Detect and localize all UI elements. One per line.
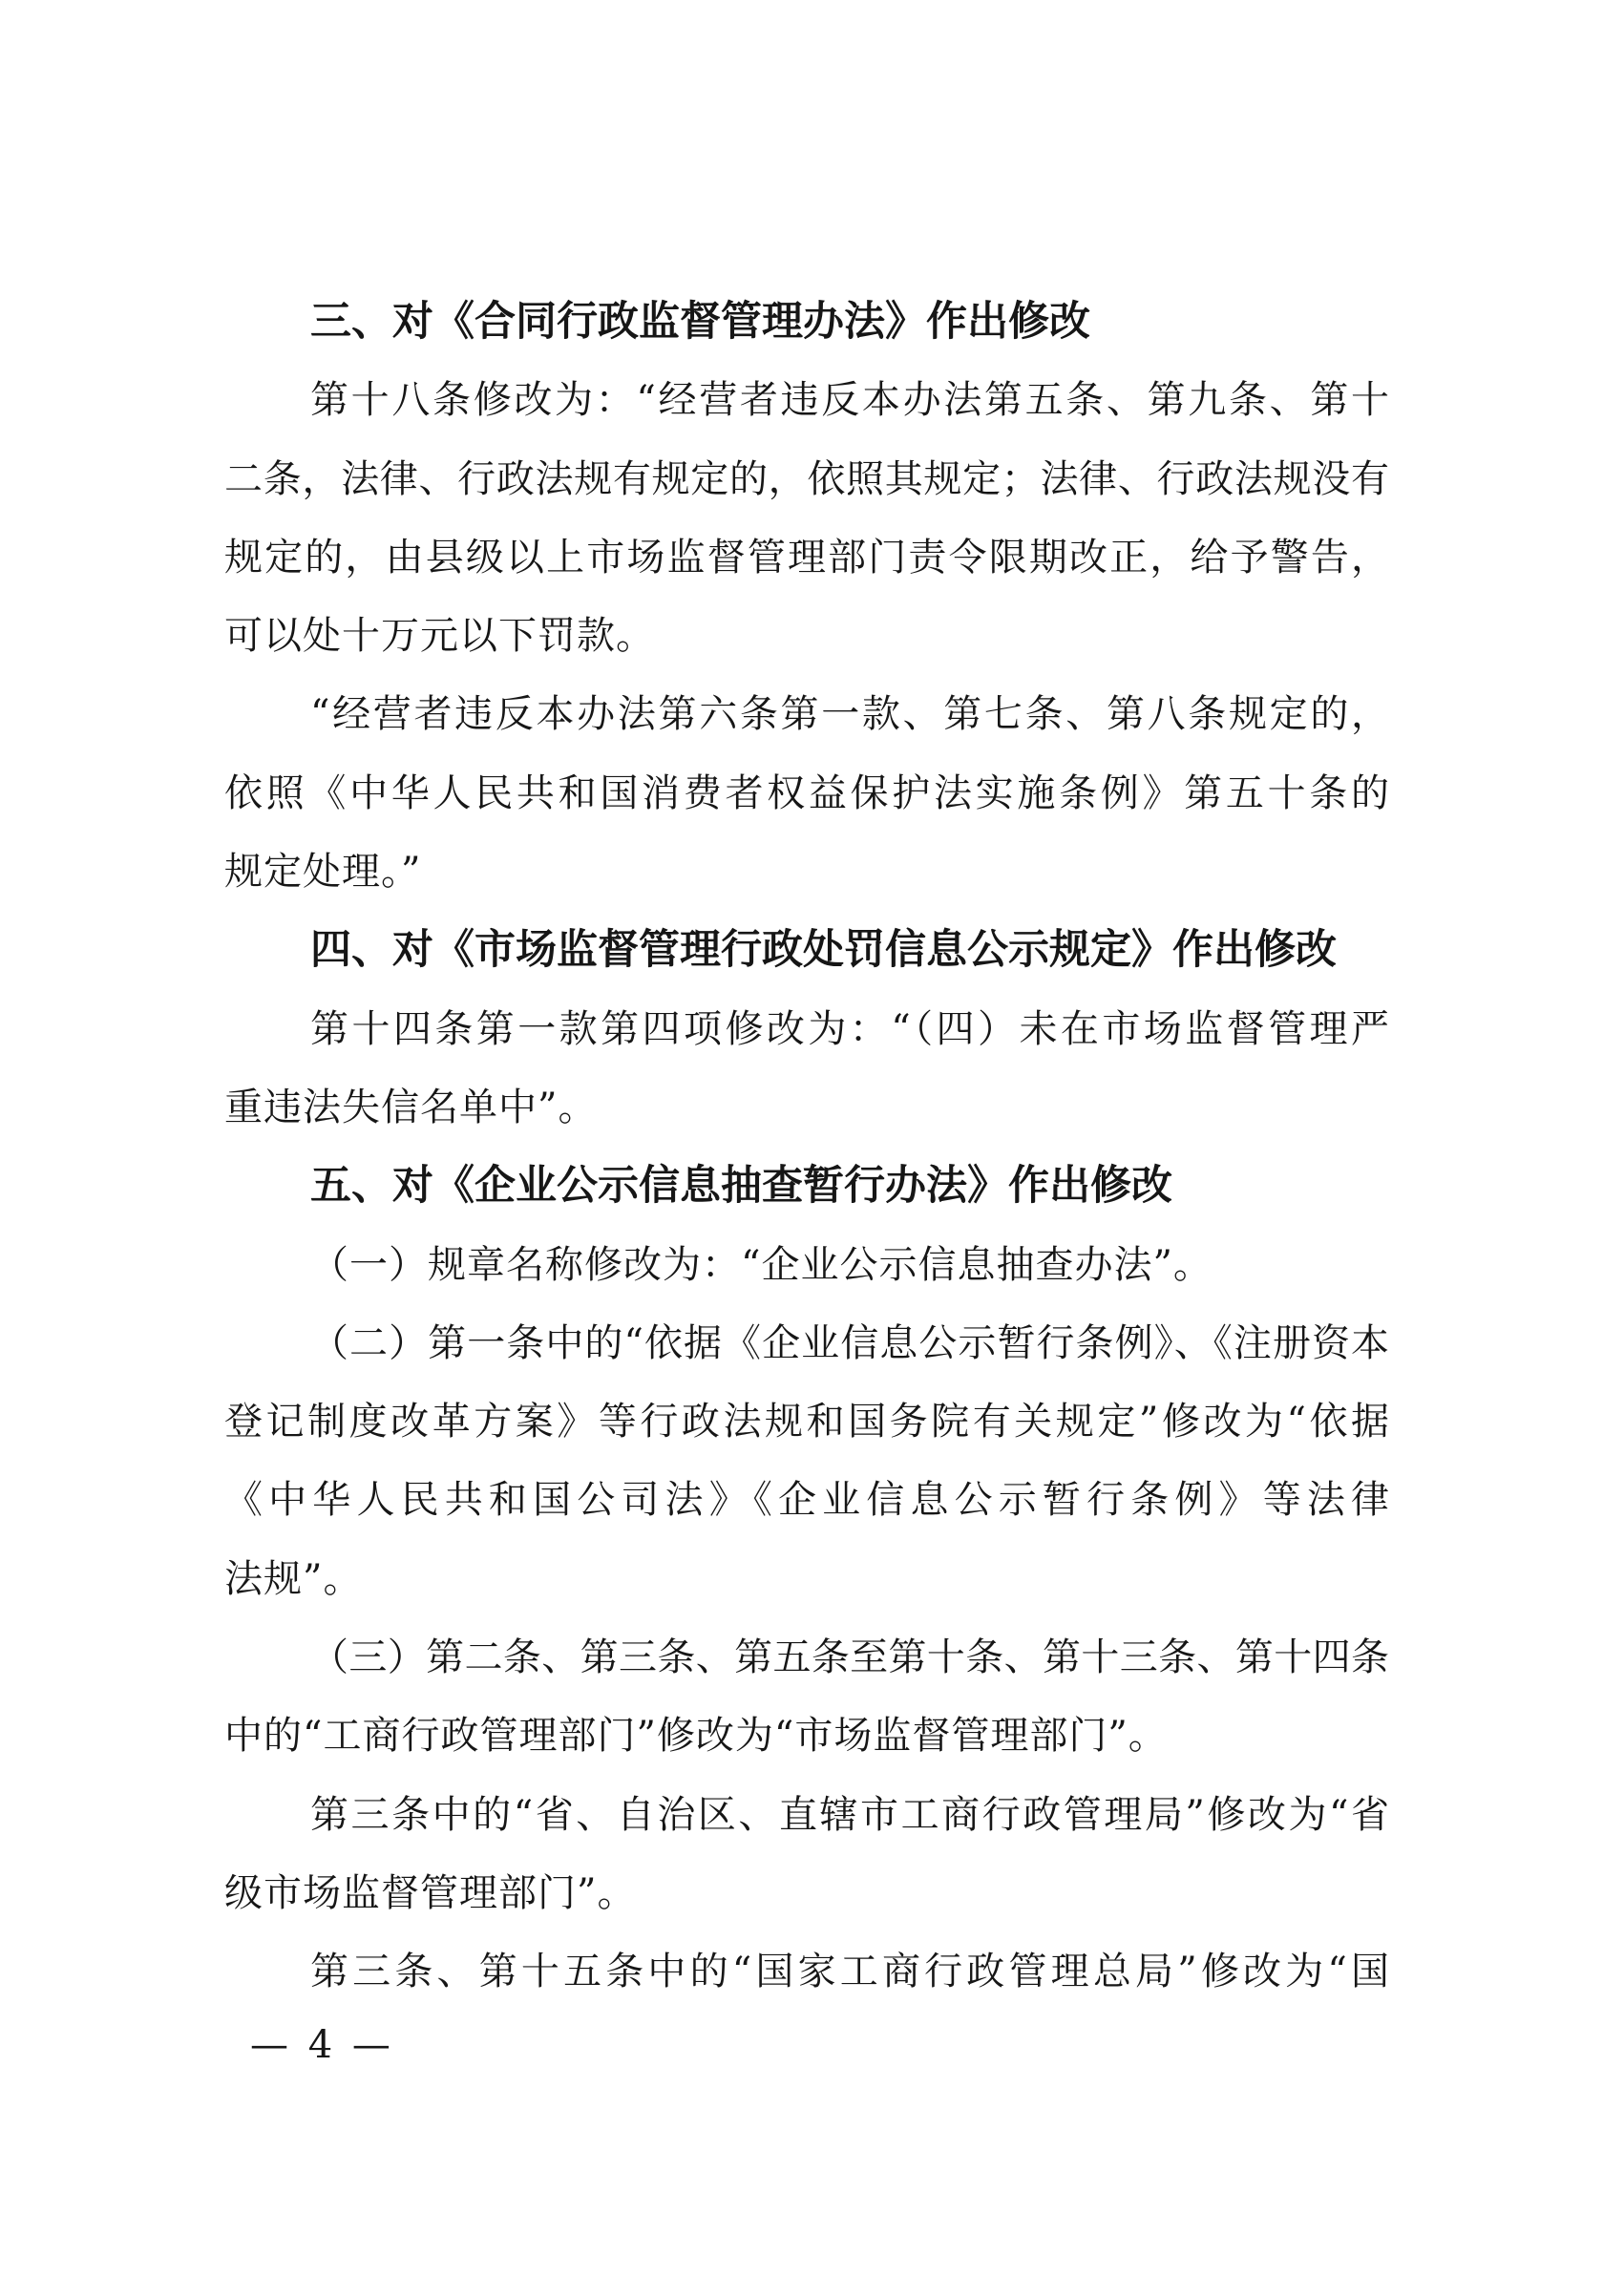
text-line: （三）第二条、第三条、第五条至第十条、第十三条、第十四条 (224, 1618, 1389, 1697)
section-heading-5: 五、对《企业公示信息抽查暂行办法》作出修改 (224, 1147, 1389, 1225)
text-line: 法规”。 (224, 1540, 1389, 1618)
section-heading-3: 三、对《合同行政监督管理办法》作出修改 (224, 283, 1389, 361)
text-line: 级市场监督管理部门”。 (224, 1854, 1389, 1932)
text-line: 规定的，由县级以上市场监督管理部门责令限期改正，给予警告， (224, 518, 1389, 597)
text-line: “经营者违反本办法第六条第一款、第七条、第八条规定的， (224, 675, 1389, 753)
text-line: 可以处十万元以下罚款。 (224, 597, 1389, 675)
section-heading-4: 四、对《市场监督管理行政处罚信息公示规定》作出修改 (224, 911, 1389, 989)
text-line: 二条，法律、行政法规有规定的，依照其规定；法律、行政法规没有 (224, 440, 1389, 518)
text-line: 中的“工商行政管理部门”修改为“市场监督管理部门”。 (224, 1697, 1389, 1775)
text-line: 重违法失信名单中”。 (224, 1068, 1389, 1147)
text-line: 第三条中的“省、自治区、直辖市工商行政管理局”修改为“省 (224, 1776, 1389, 1854)
text-line: 依照《中华人民共和国消费者权益保护法实施条例》第五十条的 (224, 754, 1389, 833)
text-line: 第十八条修改为：“经营者违反本办法第五条、第九条、第十 (224, 361, 1389, 439)
document-page: 三、对《合同行政监督管理办法》作出修改 第十八条修改为：“经营者违反本办法第五条… (0, 0, 1624, 2278)
text-line: （一）规章名称修改为：“企业公示信息抽查办法”。 (224, 1226, 1389, 1304)
text-line: 登记制度改革方案》等行政法规和国务院有关规定”修改为“依据 (224, 1382, 1389, 1461)
page-number: — 4 — (250, 2016, 394, 2074)
text-line: 第三条、第十五条中的“国家工商行政管理总局”修改为“国 (224, 1932, 1389, 2011)
text-line: 第十四条第一款第四项修改为：“（四）未在市场监督管理严 (224, 990, 1389, 1068)
text-line: 规定处理。” (224, 833, 1389, 911)
document-body: 三、对《合同行政监督管理办法》作出修改 第十八条修改为：“经营者违反本办法第五条… (224, 283, 1389, 2012)
text-line: （二）第一条中的“依据《企业信息公示暂行条例》、《注册资本 (224, 1304, 1389, 1382)
text-line: 《中华人民共和国公司法》《企业信息公示暂行条例》等法律 (224, 1461, 1389, 1539)
